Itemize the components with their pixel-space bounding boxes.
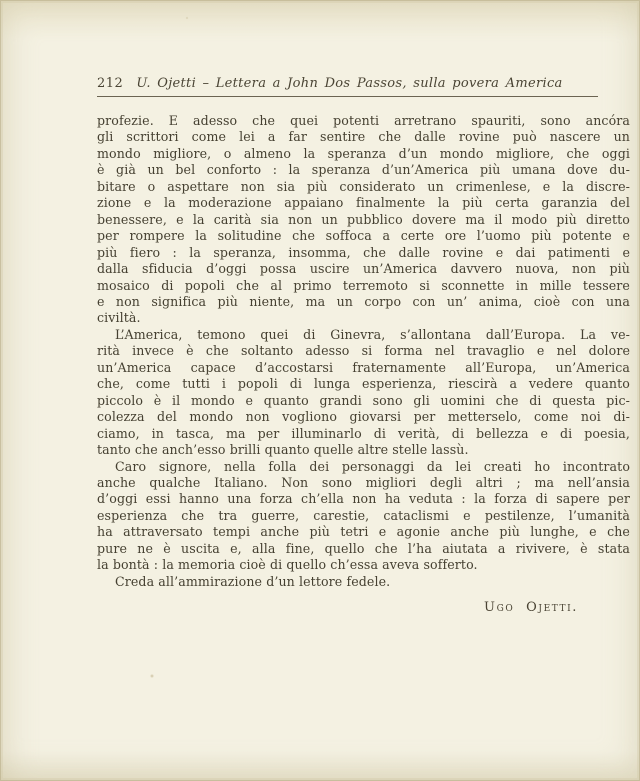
text-line: dalla sfiducia d’oggi possa uscire un’Am… [97, 261, 630, 277]
text-line: zione e la moderazione appaiano finalmen… [97, 195, 630, 211]
text-line: rità invece è che soltanto adesso si for… [97, 343, 630, 359]
text-line: bitare o aspettare non sia più considera… [97, 179, 630, 195]
text-line: ciamo, in tasca, ma per illuminarlo di v… [97, 426, 630, 442]
book-page-scan: 212U. Ojetti – Lettera a John Dos Passos… [0, 0, 640, 781]
header-rule [97, 96, 598, 97]
text-line: piccolo è il mondo e quanto grandi sono … [97, 393, 630, 409]
text-line: esperienza che tra guerre, carestie, cat… [97, 508, 630, 524]
text-line: civiltà. [97, 310, 630, 326]
text-line: pure ne è uscita e, alla fine, quello ch… [97, 541, 630, 557]
text-line: per rompere la solitudine che soffoca a … [97, 228, 630, 244]
text-line: Creda all’ammirazione d’un lettore fedel… [97, 574, 630, 590]
page-header: 212U. Ojetti – Lettera a John Dos Passos… [97, 76, 630, 91]
text-line: più fiero : la speranza, insomma, che da… [97, 245, 630, 261]
text-line: tanto che anch’esso brilli quanto quelle… [97, 442, 630, 458]
text-line: mondo migliore, o almeno la speranza d’u… [97, 146, 630, 162]
text-line: è già un bel conforto : la speranza d’un… [97, 162, 630, 178]
text-line: che, come tutti i popoli di lunga esperi… [97, 376, 630, 392]
text-line: gli scrittori come lei a far sentire che… [97, 129, 630, 145]
text-line: L’America, temono quei di Ginevra, s’all… [97, 327, 630, 343]
text-line: profezie. E adesso che quei potenti arre… [97, 113, 630, 129]
text-line: la bontà : la memoria cioè di quello ch’… [97, 557, 630, 573]
text-line: ha attraversato tempi anche più tetri e … [97, 524, 630, 540]
body-text: profezie. E adesso che quei potenti arre… [97, 113, 630, 590]
text-line: d’oggi essi hanno una forza ch’ella non … [97, 491, 630, 507]
page-number: 212 [97, 76, 123, 91]
text-line: benessere, e la carità sia non un pubbli… [97, 212, 630, 228]
running-title: U. Ojetti – Lettera a John Dos Passos, s… [136, 76, 562, 91]
text-line: mosaico di popoli che al primo terremoto… [97, 278, 630, 294]
text-line: colezza del mondo non vogliono giovarsi … [97, 409, 630, 425]
text-line: e non significa più niente, ma un corpo … [97, 294, 630, 310]
text-line: un’America capace d’accostarsi fraternam… [97, 360, 630, 376]
signature: Ugo Ojetti. [97, 600, 578, 615]
text-line: Caro signore, nella folla dei personaggi… [97, 459, 630, 475]
text-line: anche qualche Italiano. Non sono miglior… [97, 475, 630, 491]
